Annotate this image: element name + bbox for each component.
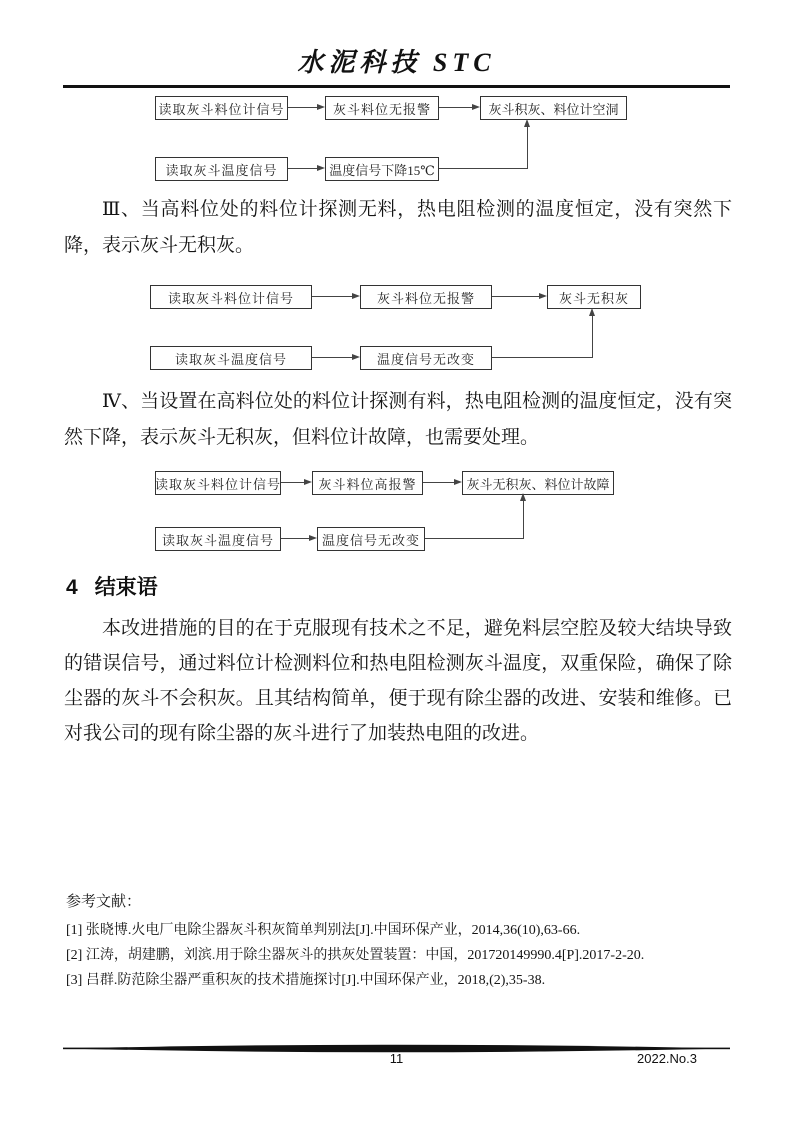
flow-box: 灰斗无积灰	[547, 285, 641, 309]
arrowhead-right-icon	[309, 535, 317, 541]
flow-box: 读取灰斗温度信号	[155, 527, 281, 551]
flow-box: 读取灰斗料位计信号	[150, 285, 312, 309]
footer-rule	[63, 1041, 730, 1051]
connector-line	[312, 357, 353, 358]
connector-line	[312, 296, 353, 297]
reference-item: [2] 江涛，胡建鹏，刘滨.用于除尘器灰斗的拱灰处置装置：中国，20172014…	[66, 943, 732, 968]
arrowhead-up-icon	[520, 493, 526, 501]
arrowhead-right-icon	[472, 104, 480, 110]
connector-line	[288, 107, 318, 108]
connector-line	[439, 168, 528, 169]
reference-item: [3] 吕群.防范除尘器严重积灰的技术措施探讨[J].中国环保产业，2018,(…	[66, 968, 732, 993]
references-heading: 参考文献：	[66, 890, 732, 911]
arrowhead-right-icon	[454, 479, 462, 485]
connector-line	[527, 126, 528, 169]
connector-line	[281, 538, 310, 539]
reference-item: [1] 张晓博.火电厂电除尘器灰斗积灰简单判别法[J].中国环保产业，2014,…	[66, 918, 732, 943]
issue-number: 2022.No.3	[637, 1051, 697, 1066]
connector-line	[425, 538, 524, 539]
connector-line	[288, 168, 318, 169]
references-section: 参考文献： [1] 张晓博.火电厂电除尘器灰斗积灰简单判别法[J].中国环保产业…	[66, 890, 732, 993]
arrowhead-right-icon	[539, 293, 547, 299]
arrowhead-right-icon	[317, 104, 325, 110]
flow-box: 灰斗料位无报警	[325, 96, 439, 120]
section-number: 4	[66, 576, 78, 599]
flow-box: 读取灰斗料位计信号	[155, 471, 281, 495]
flow-box: 读取灰斗料位计信号	[155, 96, 288, 120]
paragraph-case3: Ⅲ、当高料位处的料位计探测无料，热电阻检测的温度恒定，没有突然下降，表示灰斗无积…	[64, 192, 732, 264]
flowchart-case3: 读取灰斗料位计信号 灰斗料位无报警 灰斗无积灰 读取灰斗温度信号 温度信号无改变	[150, 285, 640, 373]
document-page: 水泥科技 STC 读取灰斗料位计信号 灰斗料位无报警 灰斗积灰、料位计空洞 读取…	[0, 0, 793, 1122]
flow-box: 灰斗积灰、料位计空洞	[480, 96, 627, 120]
flowchart-case2: 读取灰斗料位计信号 灰斗料位无报警 灰斗积灰、料位计空洞 读取灰斗温度信号 温度…	[155, 96, 635, 184]
flow-box: 读取灰斗温度信号	[150, 346, 312, 370]
journal-header-title: 水泥科技 STC	[0, 42, 793, 79]
flow-box: 灰斗无积灰、料位计故障	[462, 471, 614, 495]
header-rule	[63, 85, 730, 88]
paragraph-case4: Ⅳ、当设置在高料位处的料位计探测有料，热电阻检测的温度恒定，没有突然下降，表示灰…	[64, 384, 732, 456]
flow-box: 温度信号下降15℃	[325, 157, 439, 181]
connector-line	[281, 482, 305, 483]
flow-box: 灰斗料位无报警	[360, 285, 492, 309]
section-heading: 4结束语	[66, 571, 158, 601]
section-title: 结束语	[95, 576, 158, 599]
connector-line	[523, 500, 524, 538]
connector-line	[492, 357, 593, 358]
conclusion-paragraph: 本改进措施的目的在于克服现有技术之不足，避免料层空腔及较大结块导致的错误信号，通…	[64, 611, 732, 751]
arrowhead-right-icon	[304, 479, 312, 485]
arrowhead-right-icon	[352, 354, 360, 360]
connector-line	[439, 107, 473, 108]
flow-box: 温度信号无改变	[317, 527, 425, 551]
arrowhead-right-icon	[352, 293, 360, 299]
flow-box: 温度信号无改变	[360, 346, 492, 370]
arrowhead-up-icon	[589, 308, 595, 316]
flow-box: 读取灰斗温度信号	[155, 157, 288, 181]
flow-box: 灰斗料位高报警	[312, 471, 423, 495]
arrowhead-up-icon	[524, 119, 530, 127]
flowchart-case4: 读取灰斗料位计信号 灰斗料位高报警 灰斗无积灰、料位计故障 读取灰斗温度信号 温…	[155, 471, 615, 553]
connector-line	[423, 482, 455, 483]
connector-line	[592, 315, 593, 358]
connector-line	[492, 296, 540, 297]
arrowhead-right-icon	[317, 165, 325, 171]
